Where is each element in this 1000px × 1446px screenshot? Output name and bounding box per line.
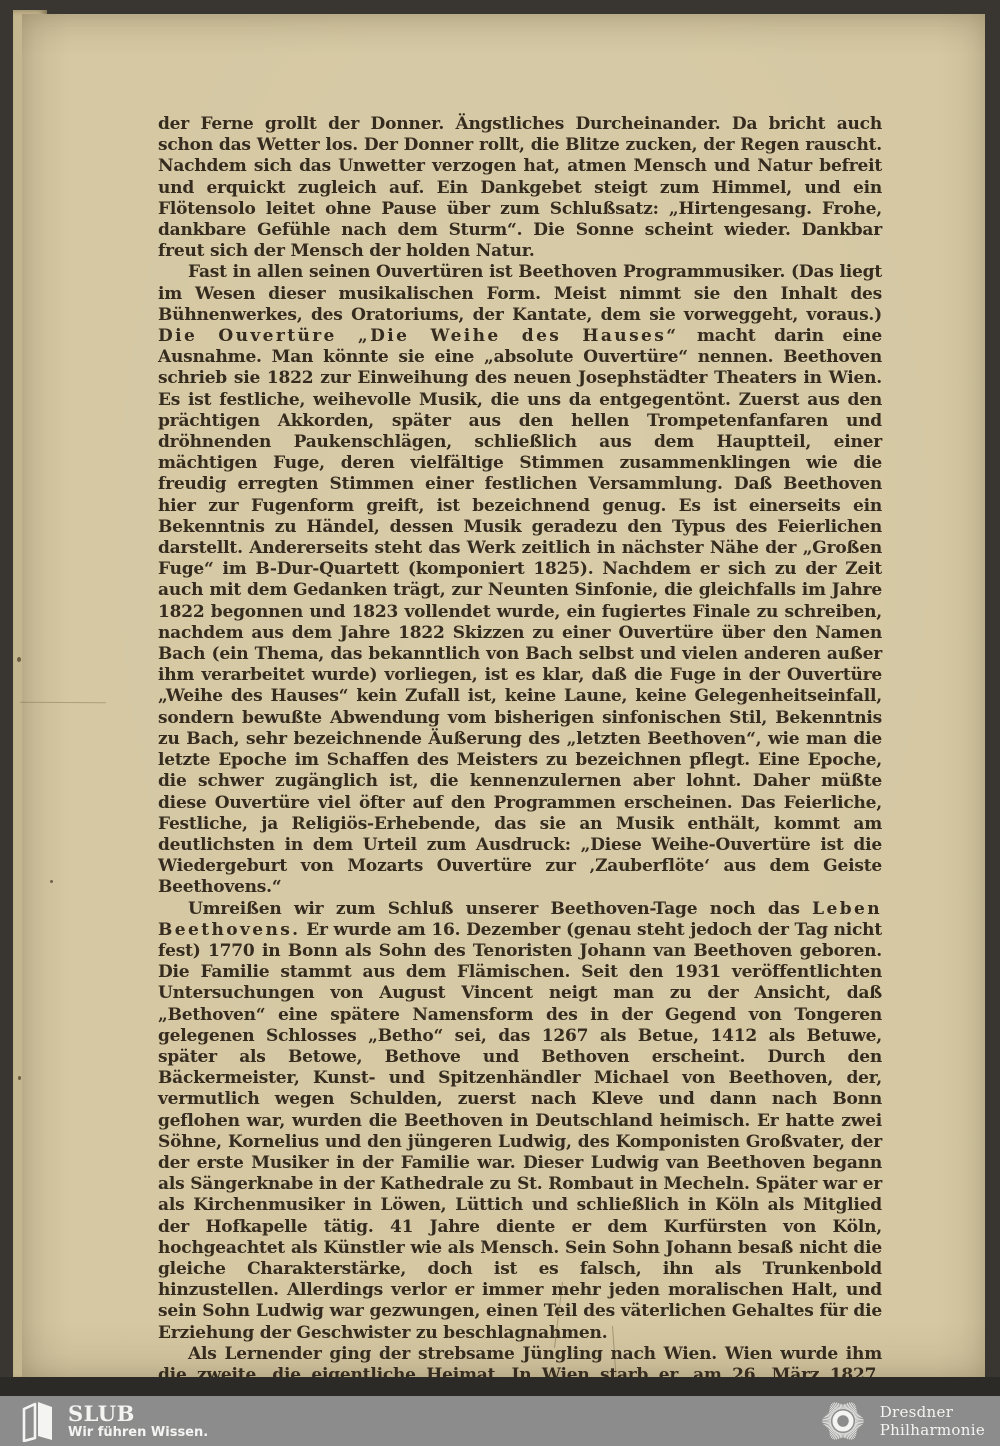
branding-footer-bar: SLUB Wir führen Wissen. Dresdner Philhar…	[0, 1396, 1000, 1446]
body-text-run: macht darin eine Ausnahme. Man könnte si…	[158, 326, 882, 897]
paper-speck	[50, 880, 53, 883]
paragraph: Fast in allen seinen Ouvertüren ist Beet…	[158, 262, 882, 898]
body-text-run: Fast in allen seinen Ouvertüren ist Beet…	[158, 262, 882, 324]
philharmonie-line1: Dresdner	[880, 1403, 985, 1421]
document-page: der Ferne grollt der Donner. Ängstliches…	[22, 14, 985, 1377]
paragraph: der Ferne grollt der Donner. Ängstliches…	[158, 114, 882, 262]
sunburst-logo-icon	[820, 1398, 866, 1444]
slub-text-block: SLUB Wir führen Wissen.	[68, 1402, 208, 1440]
paper-crease	[20, 702, 106, 704]
paper-speck	[17, 657, 21, 662]
open-book-icon	[22, 1400, 54, 1442]
philharmonie-logo-text: Dresdner Philharmonie	[880, 1403, 985, 1439]
philharmonie-line2: Philharmonie	[880, 1421, 985, 1439]
scan-viewport: der Ferne grollt der Donner. Ängstliches…	[0, 0, 1000, 1446]
slub-logo-text: SLUB	[68, 1402, 208, 1425]
slub-branding: SLUB Wir führen Wissen.	[22, 1396, 208, 1446]
body-text-run: der Ferne grollt der Donner. Ängstliches…	[158, 114, 882, 261]
paragraph: Umreißen wir zum Schluß unserer Beethove…	[158, 899, 882, 1344]
emphasized-text: Die Ouvertüre „Die Weihe des Hauses“	[158, 326, 678, 346]
philharmonie-branding: Dresdner Philharmonie	[820, 1396, 985, 1446]
paper-speck	[18, 1076, 21, 1080]
body-text-run: Umreißen wir zum Schluß unserer Beethove…	[188, 899, 812, 919]
body-text-run: Er wurde am 16. Dezember (genau steht je…	[158, 920, 882, 1343]
document-text: der Ferne grollt der Donner. Ängstliches…	[158, 114, 882, 1446]
slub-tagline: Wir führen Wissen.	[68, 1425, 208, 1440]
scan-bottom-band	[0, 1377, 1000, 1396]
